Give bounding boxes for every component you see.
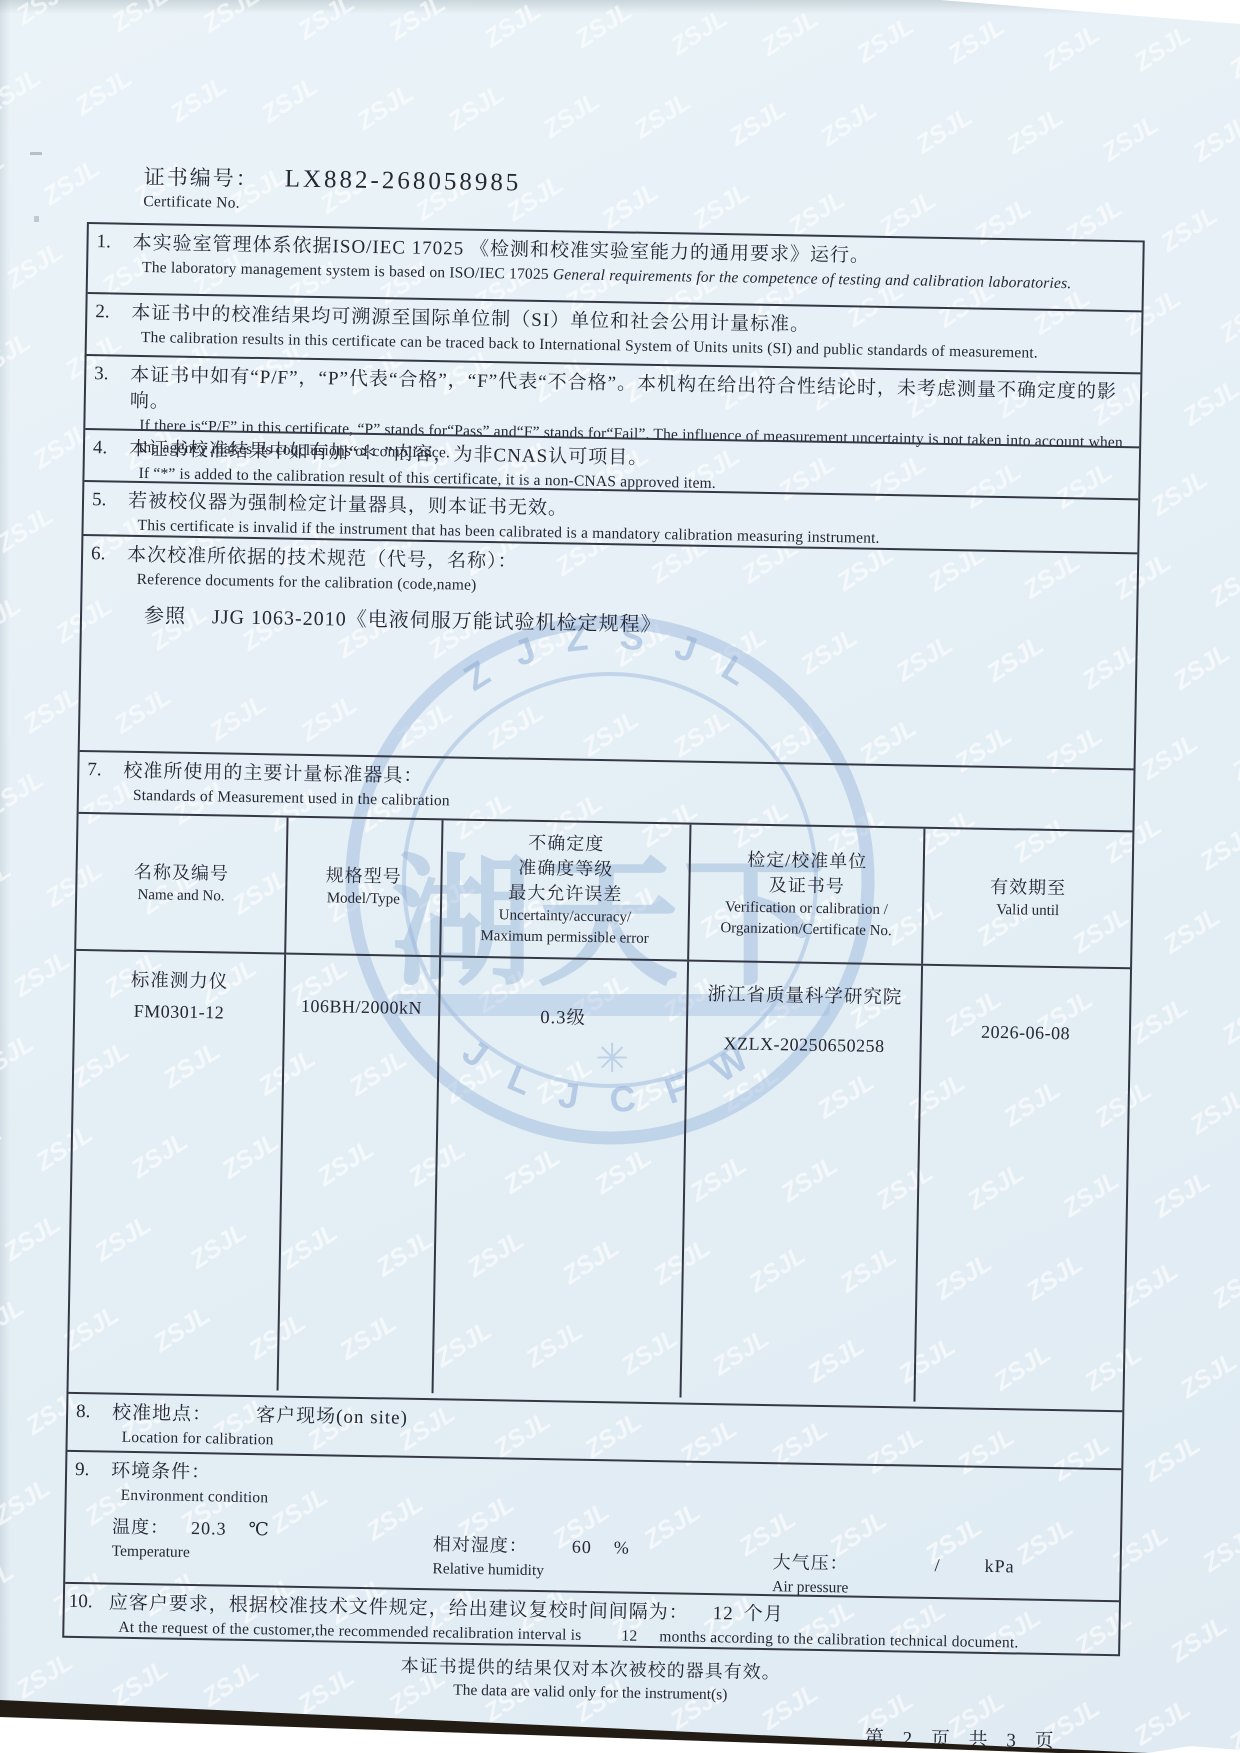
clause-9: 9. 环境条件： Environment condition 温度：20.3℃ … bbox=[65, 1450, 1121, 1600]
header-uncertainty: 不确定度 准确度等级 最大允许误差 Uncertainty/accuracy/ … bbox=[441, 820, 692, 959]
cell-accuracy: 0.3级 bbox=[433, 957, 689, 1397]
reference-prefix: 参照 bbox=[144, 605, 186, 628]
cell-model: 106BH/2000kN bbox=[278, 955, 441, 1394]
verification-org: 浙江省质量科学研究院 bbox=[707, 980, 903, 1013]
recalibration-interval-value: 12 bbox=[713, 1603, 734, 1624]
scan-left-shadow bbox=[0, 0, 10, 1753]
temperature-value: 20.3 bbox=[191, 1518, 227, 1539]
standard-name: 标准测力仪 bbox=[131, 966, 229, 998]
clause-6-number: 6. bbox=[91, 543, 106, 565]
temperature-unit: ℃ bbox=[248, 1519, 269, 1539]
reference-document: JJG 1063-2010《电液伺服万能试验机检定规程》 bbox=[212, 606, 662, 636]
location-value: 客户现场(on site) bbox=[256, 1405, 408, 1429]
header-uncertainty-en2: Maximum permissible error bbox=[480, 926, 649, 950]
header-org-zh1: 检定/校准单位 bbox=[747, 847, 867, 874]
header-valid-zh: 有效期至 bbox=[990, 874, 1066, 900]
header-model-type: 规格型号 Model/Type bbox=[286, 818, 443, 956]
clause-box: 1. 本实验室管理体系依据ISO/IEC 17025 《检测和校准实验室能力的通… bbox=[62, 222, 1145, 1656]
header-org-zh2: 及证书号 bbox=[769, 872, 845, 898]
clause-5-number: 5. bbox=[92, 489, 107, 511]
standards-table-header-row: 名称及编号 Name and No. 规格型号 Model/Type 不确定度 … bbox=[76, 814, 1132, 969]
scan-speckle bbox=[34, 216, 39, 222]
clause-9-number: 9. bbox=[75, 1459, 90, 1481]
clause-10-number: 10. bbox=[69, 1591, 93, 1613]
header-name-zh: 名称及编号 bbox=[134, 859, 229, 886]
clause-7: 7. 校准所使用的主要计量标准器具： Standards of Measurem… bbox=[68, 750, 1133, 1410]
temperature-label-en: Temperature bbox=[112, 1543, 270, 1564]
clause-6: 6. 本次校准所依据的技术规范（代号，名称）： Reference docume… bbox=[80, 534, 1138, 768]
header-name-and-no: 名称及编号 Name and No. bbox=[76, 814, 288, 953]
clause-7-number: 7. bbox=[87, 759, 102, 781]
clause-8-number: 8. bbox=[76, 1401, 91, 1423]
header-valid-until: 有效期至 Valid until bbox=[923, 829, 1132, 968]
clause-1-en-plain: The laboratory management system is base… bbox=[142, 259, 553, 283]
header-uncertainty-l3: 最大允许误差 bbox=[508, 880, 622, 907]
scan-speckle bbox=[30, 152, 42, 155]
humidity-label-zh: 相对湿度： bbox=[433, 1534, 528, 1556]
standards-table: 名称及编号 Name and No. 规格型号 Model/Type 不确定度 … bbox=[69, 812, 1133, 1405]
certificate-no-value: LX882-268058985 bbox=[284, 165, 521, 196]
air-pressure-block: 大气压：/kPa Air pressure bbox=[772, 1548, 1015, 1600]
clause-2-number: 2. bbox=[95, 301, 110, 323]
air-pressure-label-zh: 大气压： bbox=[772, 1552, 848, 1573]
recalibration-interval-unit: 个月 bbox=[744, 1604, 784, 1626]
temperature-block: 温度：20.3℃ Temperature bbox=[112, 1513, 270, 1564]
humidity-unit: % bbox=[614, 1537, 630, 1557]
air-pressure-unit: kPa bbox=[984, 1556, 1014, 1577]
verification-certificate-no: XZLX-20250650258 bbox=[723, 1028, 884, 1061]
header-model-en: Model/Type bbox=[327, 888, 400, 910]
validity-note: 本证书提供的结果仅对本次被校的器具有效。 The data are valid … bbox=[61, 1646, 1120, 1711]
certificate-no-label-zh: 证书编号： bbox=[144, 165, 259, 191]
humidity-label-en: Relative humidity bbox=[432, 1560, 629, 1581]
header-name-en: Name and No. bbox=[137, 884, 224, 907]
cell-valid-until: 2026-06-08 bbox=[916, 966, 1130, 1406]
header-uncertainty-en1: Uncertainty/accuracy/ bbox=[499, 905, 632, 928]
recalibration-interval-value-en: 12 bbox=[621, 1628, 637, 1645]
header-verification-org: 检定/校准单位 及证书号 Verification or calibration… bbox=[690, 825, 926, 964]
valid-until-date: 2026-06-08 bbox=[981, 1017, 1071, 1049]
standard-number: FM0301-12 bbox=[134, 996, 225, 1028]
header-uncertainty-l2: 准确度等级 bbox=[518, 856, 613, 883]
header-valid-en: Valid until bbox=[996, 899, 1059, 921]
standard-model: 106BH/2000kN bbox=[301, 991, 423, 1023]
location-label-zh: 校准地点： bbox=[112, 1403, 212, 1426]
environment-values-row: 温度：20.3℃ Temperature 相对湿度：60% Relative h… bbox=[109, 1513, 1108, 1594]
header-uncertainty-l1: 不确定度 bbox=[528, 831, 604, 857]
recalibration-text-en2: months according to the calibration tech… bbox=[659, 1628, 1018, 1651]
clause-3-number: 3. bbox=[94, 363, 109, 385]
clause-4-number: 4. bbox=[93, 437, 108, 459]
scan-top-shadow bbox=[0, 0, 1240, 14]
header-org-en1: Verification or calibration / bbox=[725, 897, 888, 921]
standards-table-data-row: 标准测力仪 FM0301-12 106BH/2000kN 0.3级 浙江省质量科… bbox=[69, 951, 1130, 1405]
clause-1-number: 1. bbox=[96, 231, 111, 253]
header-org-en2: Organization/Certificate No. bbox=[720, 918, 892, 942]
cell-org-certificate: 浙江省质量科学研究院 XZLX-20250650258 bbox=[682, 962, 924, 1402]
cell-name-and-no: 标准测力仪 FM0301-12 bbox=[69, 951, 286, 1391]
air-pressure-value: / bbox=[934, 1555, 940, 1575]
humidity-block: 相对湿度：60% Relative humidity bbox=[432, 1530, 630, 1581]
reference-document-line: 参照JJG 1063-2010《电液伺服万能试验机检定规程》 bbox=[144, 599, 1124, 645]
humidity-value: 60 bbox=[572, 1537, 592, 1557]
temperature-label-zh: 温度： bbox=[112, 1517, 169, 1538]
scanned-calibration-certificate-page: { "header": { "cert_label_zh": "证书编号：", … bbox=[0, 0, 1240, 1753]
standard-accuracy: 0.3级 bbox=[540, 1003, 586, 1034]
header-model-zh: 规格型号 bbox=[326, 863, 402, 889]
certificate-content: 证书编号：LX882-268058985 Certificate No. 1. … bbox=[60, 160, 1145, 1753]
